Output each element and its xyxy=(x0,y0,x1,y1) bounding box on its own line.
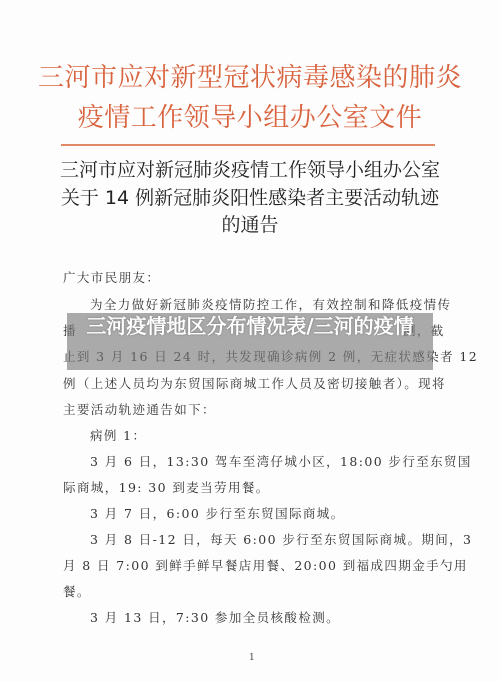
notice-title-line3: 的通告 xyxy=(0,211,500,239)
case-line: 3 月 13 日，7:30 参加全员核酸检测。 xyxy=(90,608,340,626)
body-line: 主要活动轨迹通告如下： xyxy=(63,400,216,418)
case-line: 餐。 xyxy=(63,582,91,600)
case-line: 3 月 8 日-12 日，每天 6:00 步行至东贸国际商城。期间，3 xyxy=(90,530,472,548)
case-line: 际商城，19: 30 到麦当劳用餐。 xyxy=(63,478,270,496)
body-line: 例（上述人员均为东贸国际商城工作人员及密切接触者）。现将 xyxy=(63,374,446,392)
header-divider xyxy=(61,144,435,146)
case-line: 3 月 7 日，6:00 步行至东贸国际商城。 xyxy=(90,504,345,522)
body-line: 为全力做好新冠肺炎疫情防控工作，有效控制和降低疫情传 xyxy=(90,295,451,313)
page-number: 1 xyxy=(249,653,255,663)
overlay-title: 三河疫情地区分布情况表/三河的疫情 xyxy=(70,313,430,339)
case-line: 3 月 6 日，13:30 驾车至湾仔城小区，18:00 步行至东贸国 xyxy=(90,452,472,470)
document-header-line2: 疫情工作领导小组办公室文件 xyxy=(0,102,500,134)
notice-title-line1: 三河市应对新冠肺炎疫情工作领导小组办公室 xyxy=(0,156,500,184)
salutation: 广大市民朋友： xyxy=(63,268,160,286)
case-line: 月 8 日 7:00 到鲜手鲜早餐店用餐、20:00 到福成四期金手勺用 xyxy=(63,556,468,574)
case-label: 病例 1： xyxy=(90,426,146,444)
document-header-line1: 三河市应对新型冠状病毒感染的肺炎 xyxy=(0,62,500,94)
notice-title-line2: 关于 14 例新冠肺炎阳性感染者主要活动轨迹 xyxy=(0,184,500,212)
